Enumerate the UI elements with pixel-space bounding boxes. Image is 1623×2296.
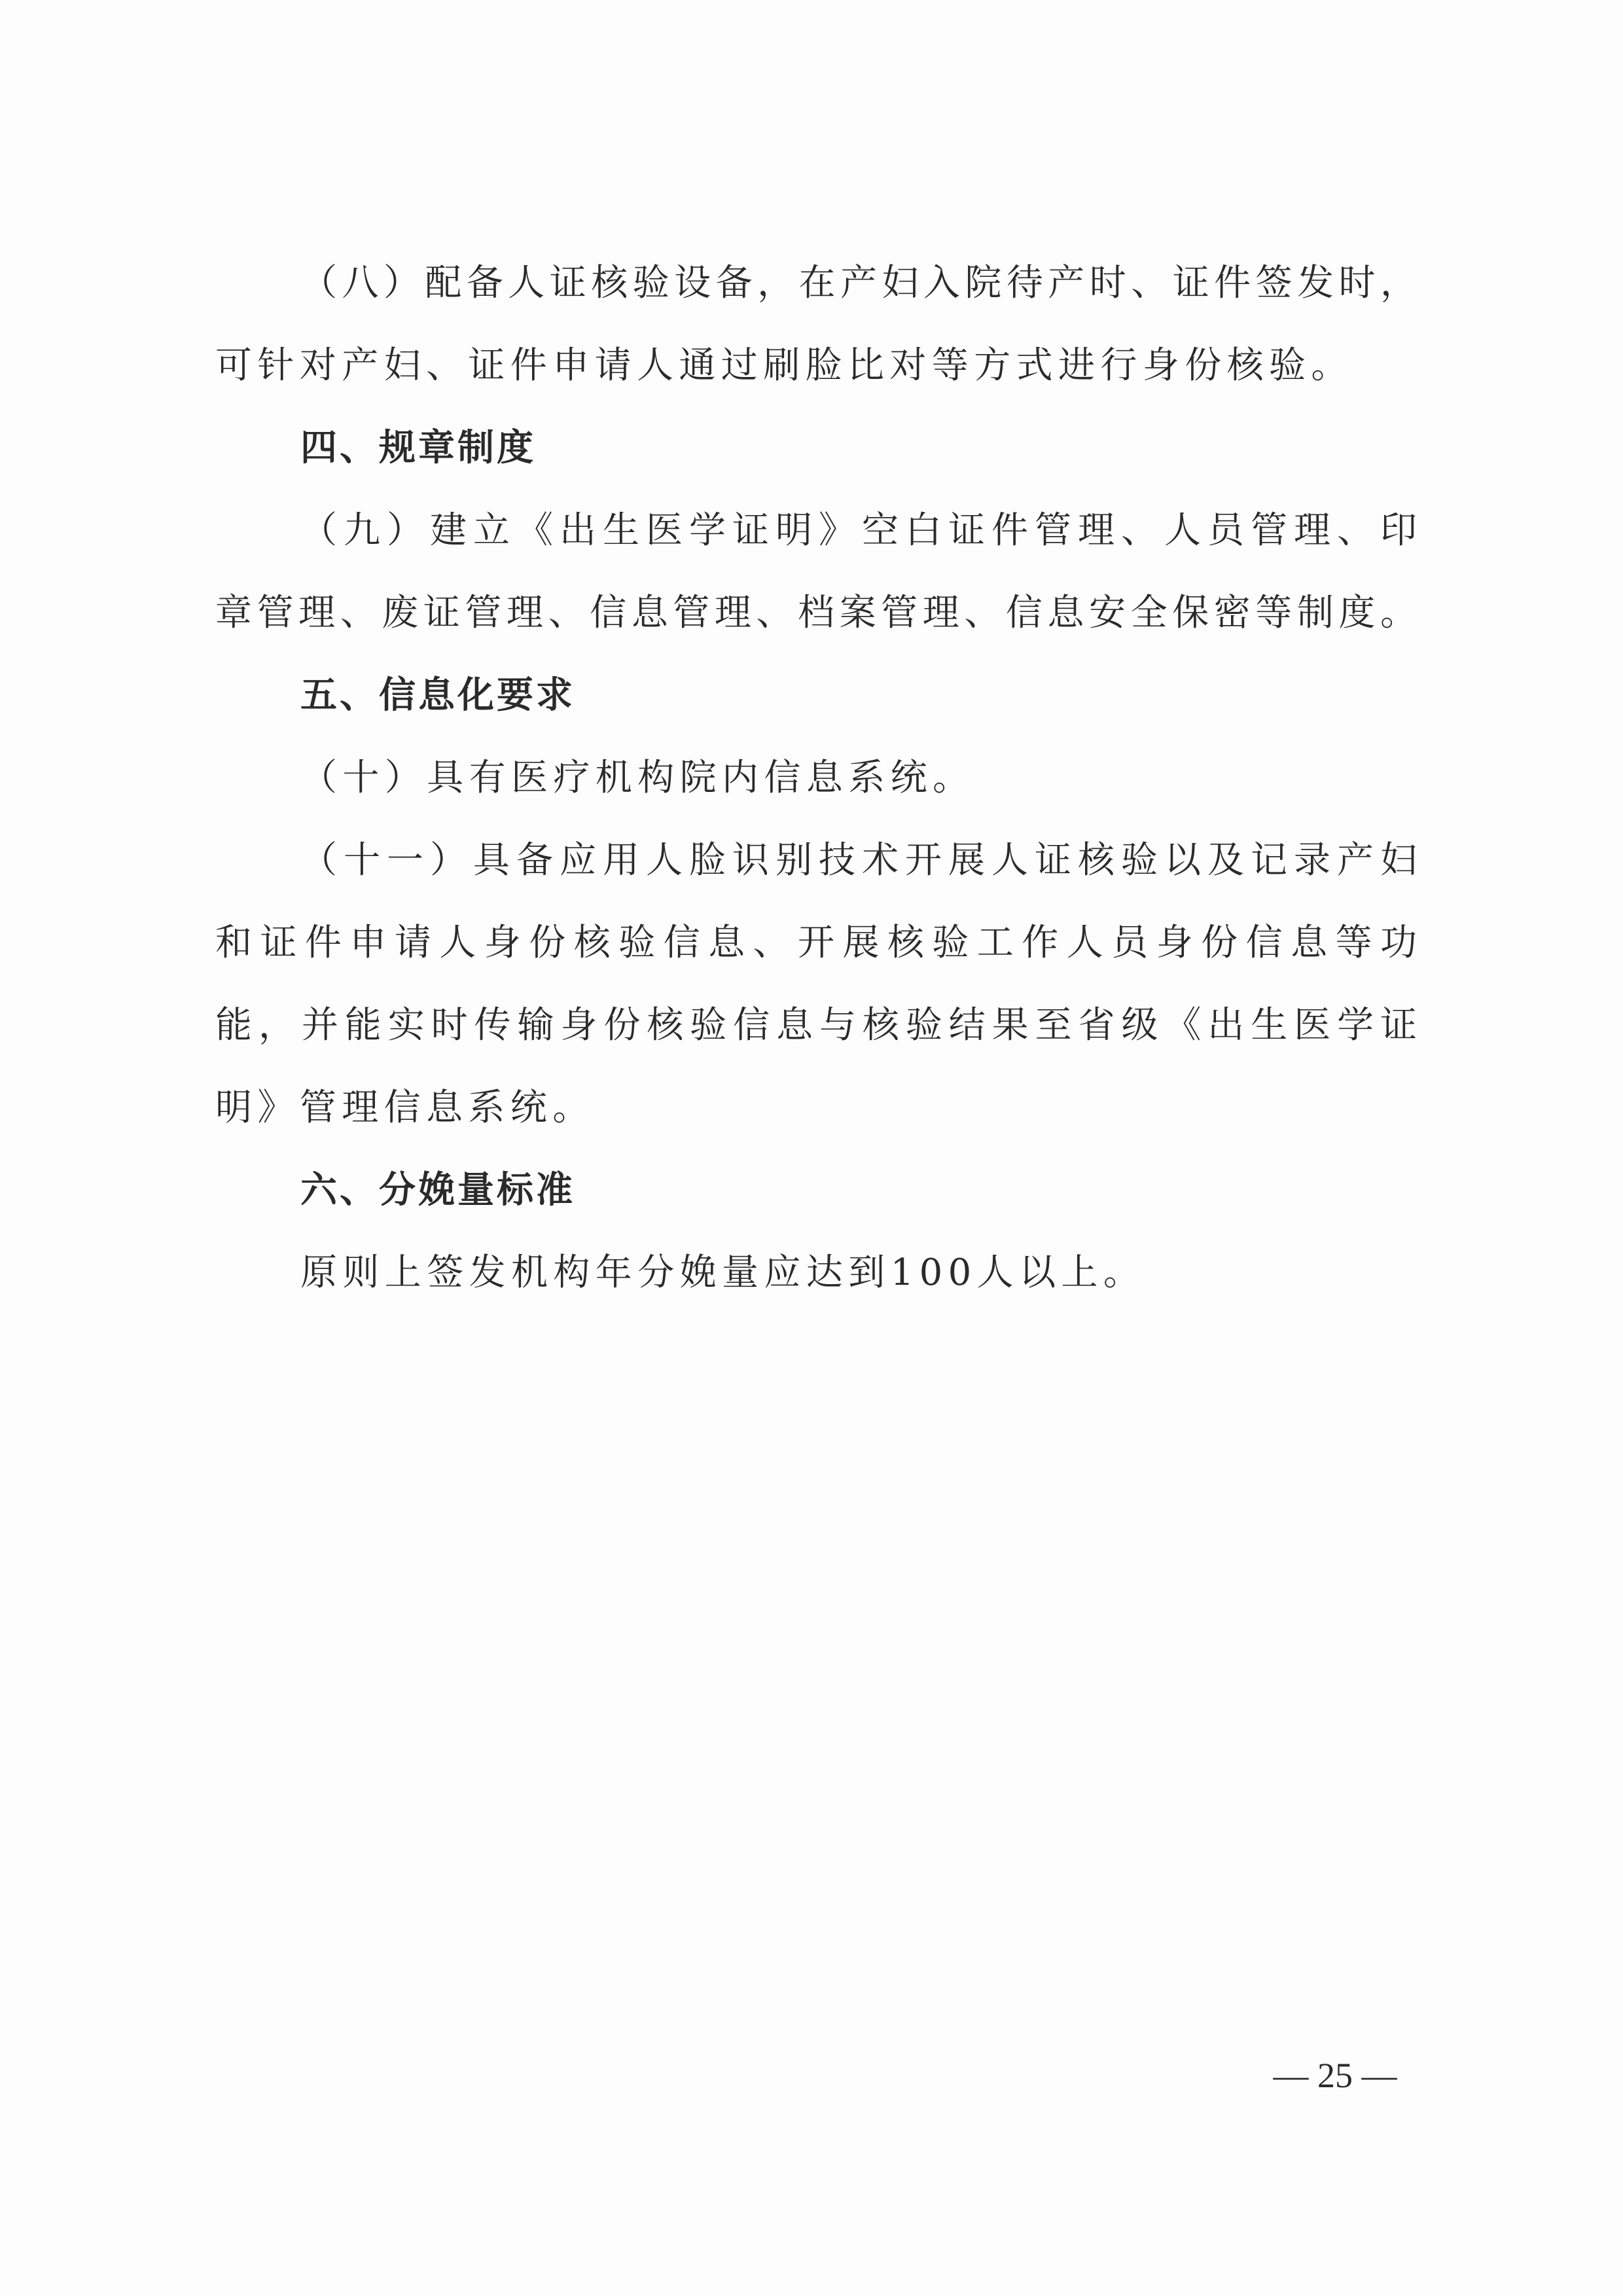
section-heading-4: 四、规章制度 [215, 407, 1417, 490]
item-8-line-2: 可针对产妇、证件申请人通过刷脸比对等方式进行身份核验。 [215, 325, 1417, 407]
item-9-line-2: 章管理、废证管理、信息管理、档案管理、信息安全保密等制度。 [215, 572, 1417, 655]
item-11-line-3: 能，并能实时传输身份核验信息与核验结果至省级《出生医学证 [215, 984, 1417, 1067]
section-heading-6: 六、分娩量标准 [215, 1149, 1417, 1232]
document-body: （八）配备人证核验设备，在产妇入院待产时、证件签发时， 可针对产妇、证件申请人通… [215, 242, 1417, 1314]
page-number: — 25 — [1243, 2055, 1427, 2096]
item-11-line-4: 明》管理信息系统。 [215, 1067, 1417, 1149]
delivery-standard-text: 原则上签发机构年分娩量应达到100人以上。 [215, 1232, 1417, 1314]
item-10-line-1: （十）具有医疗机构院内信息系统。 [215, 737, 1417, 819]
document-page: （八）配备人证核验设备，在产妇入院待产时、证件签发时， 可针对产妇、证件申请人通… [0, 0, 1623, 2296]
item-11-line-1: （十一）具备应用人脸识别技术开展人证核验以及记录产妇 [215, 819, 1417, 902]
section-heading-5: 五、信息化要求 [215, 655, 1417, 737]
item-8-line-1: （八）配备人证核验设备，在产妇入院待产时、证件签发时， [215, 242, 1417, 325]
item-11-line-2: 和证件申请人身份核验信息、开展核验工作人员身份信息等功 [215, 902, 1417, 984]
item-9-line-1: （九）建立《出生医学证明》空白证件管理、人员管理、印 [215, 490, 1417, 572]
